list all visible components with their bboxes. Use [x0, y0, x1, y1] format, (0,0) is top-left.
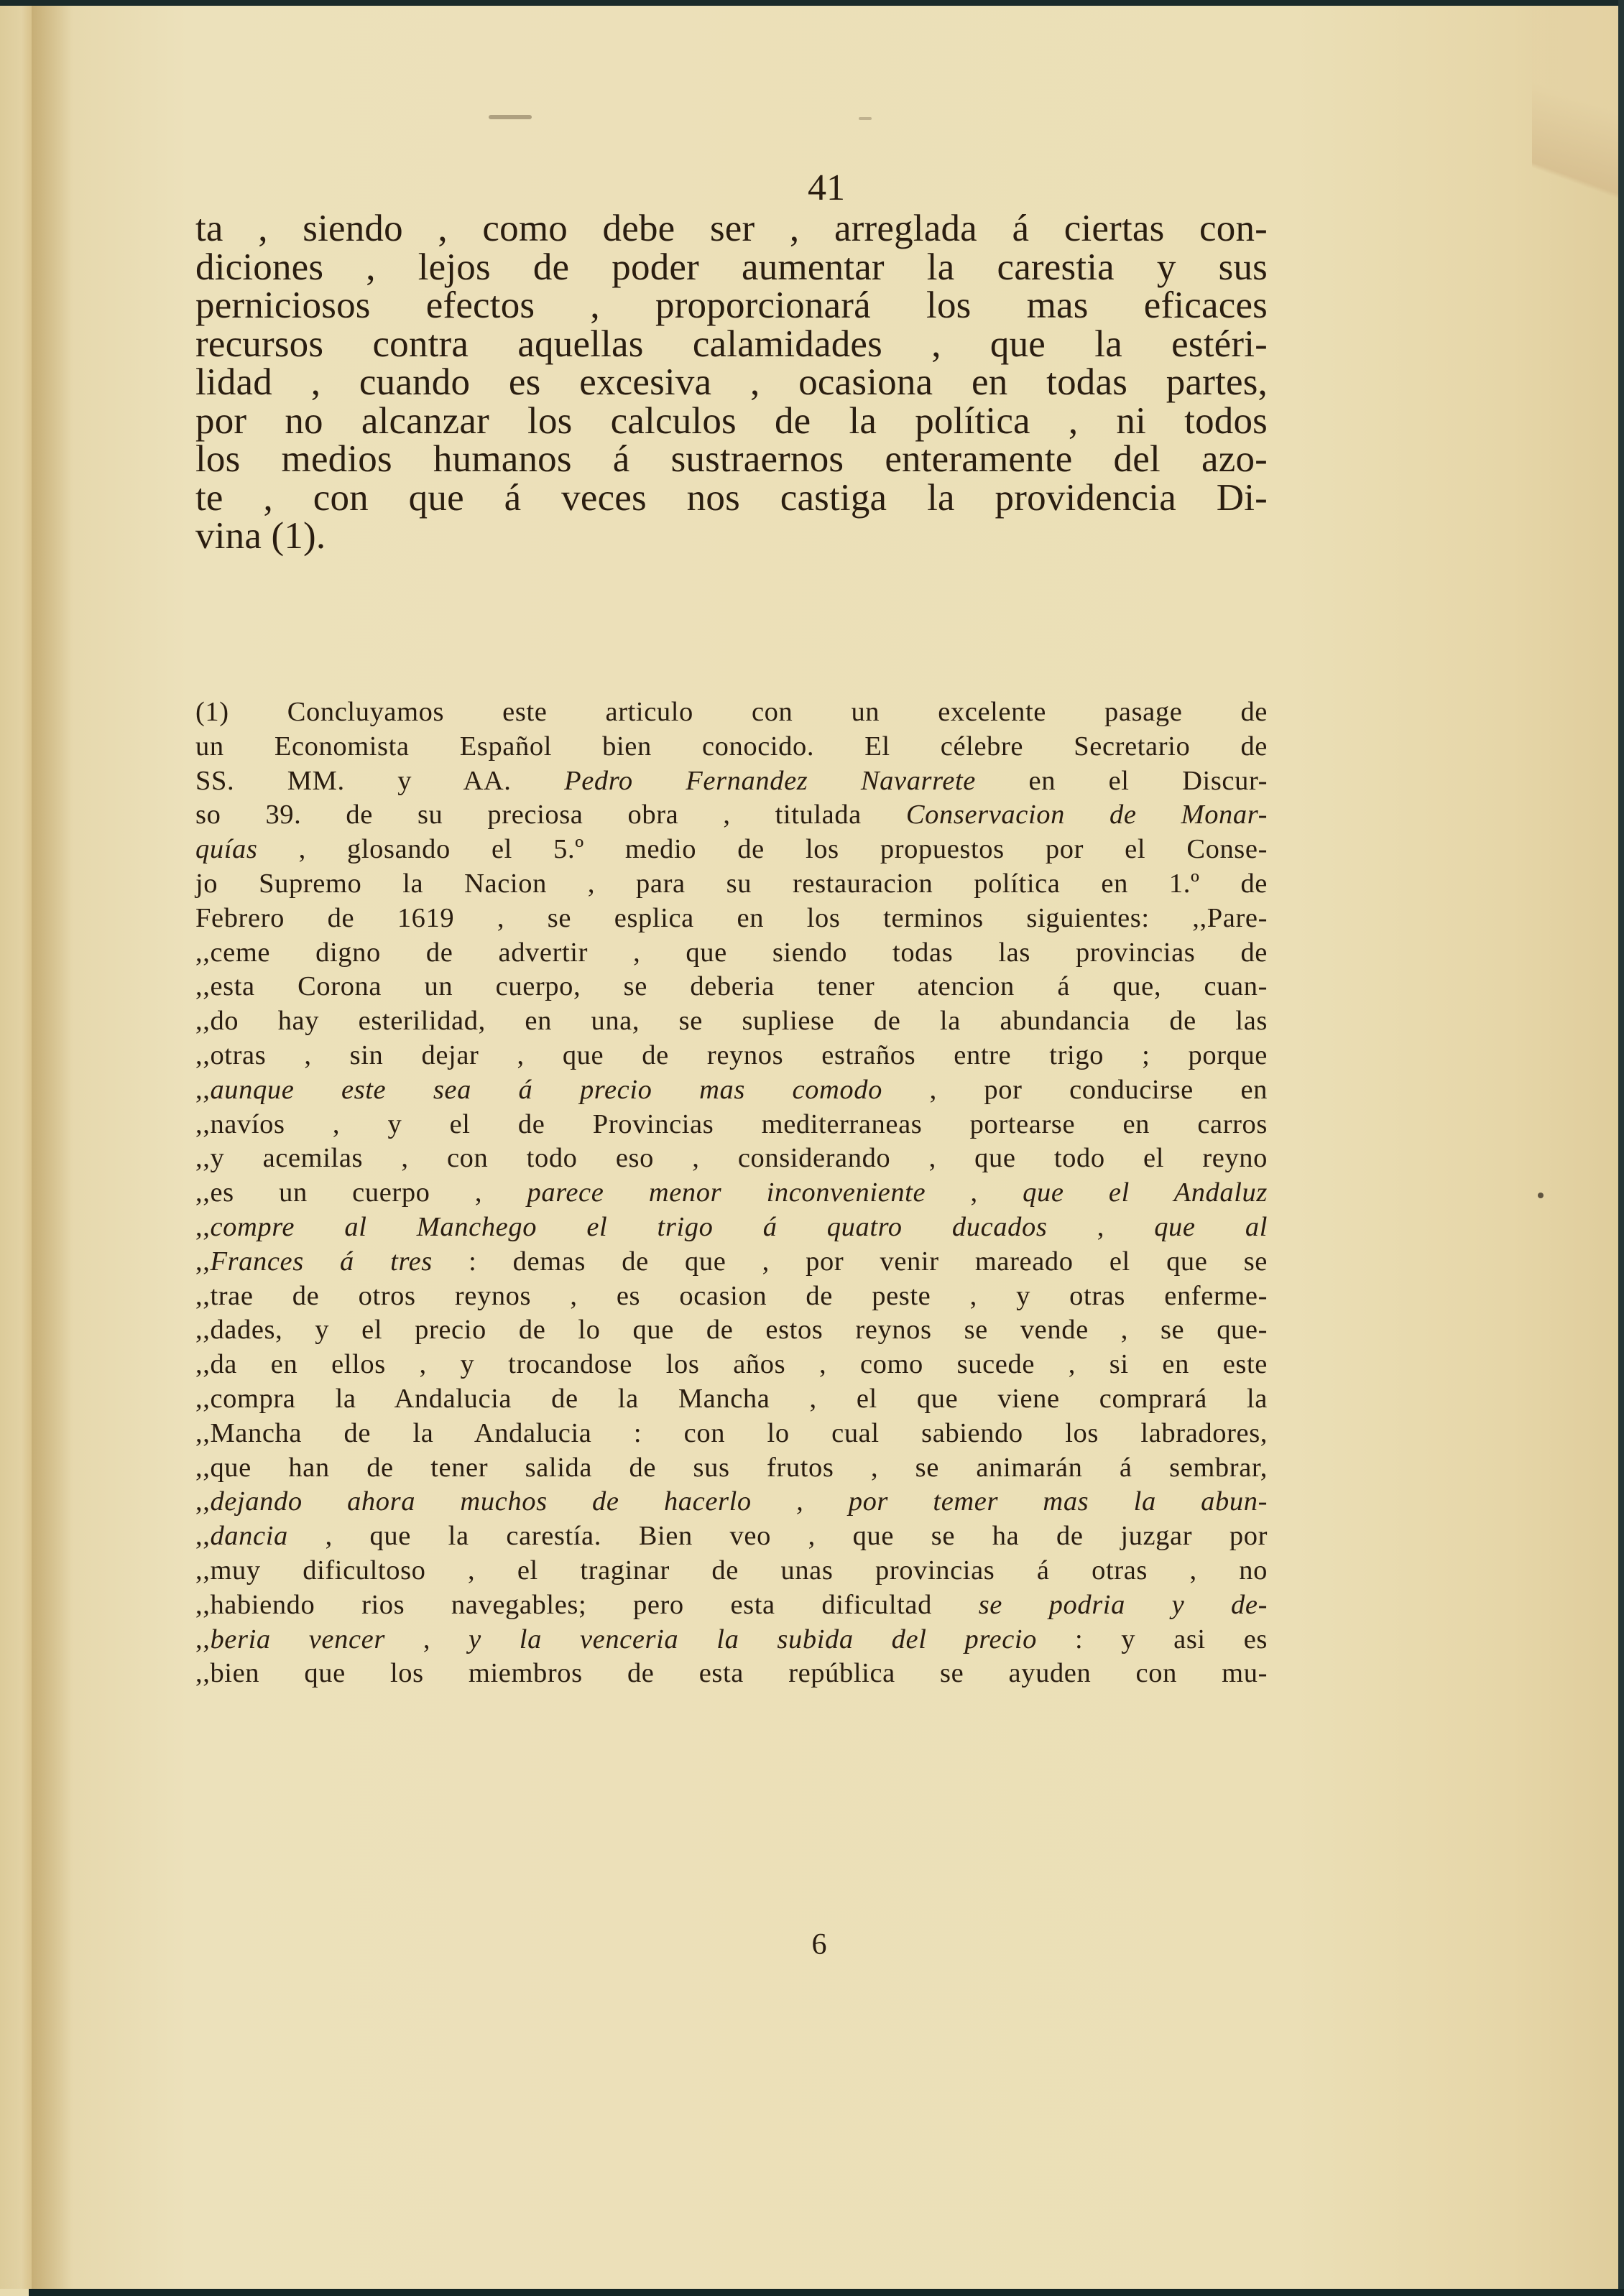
text-run: ,,do hay esterilidad, en una, se suplies… [195, 1006, 1268, 1036]
footnote: (1) Concluyamos este articulo con un exc… [195, 695, 1268, 1691]
text-run: ,, [195, 1212, 210, 1242]
text-run: ,,navíos , y el de Provincias mediterran… [195, 1109, 1268, 1139]
scan-border-top [0, 0, 1624, 6]
footnote-line: ,,compre al Manchego el trigo á quatro d… [195, 1211, 1268, 1245]
footnote-line: ,,habiendo rios navegables; pero esta di… [195, 1588, 1268, 1623]
footnote-line: so 39. de su preciosa obra , titulada Co… [195, 798, 1268, 833]
text-run: ,,que han de tener salida de sus frutos … [195, 1453, 1268, 1483]
footnote-line: ,,aunque este sea á precio mas comodo , … [195, 1073, 1268, 1108]
text-run: ,,bien que los miembros de esta repúblic… [195, 1658, 1268, 1688]
footnote-line: Febrero de 1619 , se esplica en los term… [195, 902, 1268, 936]
text-run: ,,da en ellos , y trocandose los años , … [195, 1349, 1268, 1379]
footnote-line: ,,trae de otros reynos , es ocasion de p… [195, 1279, 1268, 1314]
text-run: ,,trae de otros reynos , es ocasion de p… [195, 1281, 1268, 1311]
body-text-line: lidad , cuando es excesiva , ocasiona en… [195, 364, 1268, 402]
footnote-line: un Economista Español bien conocido. El … [195, 730, 1268, 764]
scan-border-bottom [29, 2289, 1624, 2296]
text-run: en el Discur- [976, 766, 1268, 796]
text-run: ,,ceme digno de advertir , que siendo to… [195, 938, 1268, 968]
text-run: ,,Mancha de la Andalucia : con lo cual s… [195, 1418, 1268, 1448]
text-run: Febrero de 1619 , se esplica en los term… [195, 903, 1268, 933]
text-run: SS. MM. y AA. [195, 766, 564, 796]
text-run: : demas de que , por venir mareado el qu… [433, 1246, 1268, 1277]
footnote-line: ,,bien que los miembros de esta repúblic… [195, 1657, 1268, 1691]
text-run: , glosando el 5.º medio de los propuesto… [257, 834, 1268, 864]
ink-dot [1538, 1193, 1544, 1198]
italic-text: se podria y de- [979, 1590, 1268, 1620]
ink-blemish [859, 117, 872, 120]
text-run: jo Supremo la Nacion , para su restaurac… [195, 869, 1268, 899]
italic-text: Conservacion de Monar- [906, 800, 1268, 830]
text-run: ,,habiendo rios navegables; pero esta di… [195, 1590, 979, 1620]
body-text-line: por no alcanzar los calculos de la polít… [195, 402, 1268, 441]
main-body-text: ta , siendo , como debe ser , arreglada … [195, 210, 1268, 556]
body-text-line: diciones , lejos de poder aumentar la ca… [195, 249, 1268, 287]
footnote-line: (1) Concluyamos este articulo con un exc… [195, 695, 1268, 730]
text-run: , [385, 1624, 469, 1654]
ink-blemish [489, 115, 532, 119]
text-run: ,, [195, 1075, 210, 1105]
text-run: , [926, 1177, 1023, 1208]
text-run: ,,muy dificultoso , el traginar de unas … [195, 1555, 1268, 1586]
text-run: ,,compra la Andalucia de la Mancha , el … [195, 1384, 1268, 1414]
text-run: ,,y acemilas , con todo eso , consideran… [195, 1143, 1268, 1173]
text-run: ,, [195, 1521, 210, 1551]
text-run: , [1047, 1212, 1154, 1242]
footnote-line: ,,dejando ahora muchos de hacerlo , por … [195, 1485, 1268, 1519]
footnote-line: ,,es un cuerpo , parece menor inconvenie… [195, 1176, 1268, 1211]
footnote-line: ,,que han de tener salida de sus frutos … [195, 1451, 1268, 1486]
footnote-line: quías , glosando el 5.º medio de los pro… [195, 833, 1268, 867]
text-run: ,,dades, y el precio de lo que de estos … [195, 1315, 1268, 1345]
footnote-line: SS. MM. y AA. Pedro Fernandez Navarrete … [195, 764, 1268, 799]
footnote-line: ,,y acemilas , con todo eso , consideran… [195, 1142, 1268, 1176]
italic-text: beria vencer [210, 1624, 384, 1654]
italic-text: parece menor inconveniente [527, 1177, 926, 1208]
italic-text: y la venceria la subida del precio [469, 1624, 1037, 1654]
footnote-line: jo Supremo la Nacion , para su restaurac… [195, 867, 1268, 902]
body-text-line: los medios humanos á sustraernos enteram… [195, 440, 1268, 479]
body-text-line: perniciosos efectos , proporcionará los … [195, 287, 1268, 325]
footnote-line: ,,dancia , que la carestía. Bien veo , q… [195, 1519, 1268, 1554]
text-run: ,, [195, 1246, 210, 1277]
italic-text: quías [195, 834, 257, 864]
italic-text: dejando ahora muchos de hacerlo , por te… [210, 1486, 1268, 1517]
italic-text: dancia [210, 1521, 287, 1551]
body-text-line: vina (1). [195, 517, 1268, 556]
footnote-line: ,,otras , sin dejar , que de reynos estr… [195, 1039, 1268, 1073]
text-run: ,,esta Corona un cuerpo, se deberia tene… [195, 971, 1268, 1001]
footnote-line: ,,compra la Andalucia de la Mancha , el … [195, 1382, 1268, 1417]
footnote-line: ,,Frances á tres : demas de que , por ve… [195, 1245, 1268, 1279]
footnote-line: ,,Mancha de la Andalucia : con lo cual s… [195, 1417, 1268, 1451]
text-run: , por conducirse en [882, 1075, 1268, 1105]
footnote-line: ,,esta Corona un cuerpo, se deberia tene… [195, 970, 1268, 1004]
text-run: : y asi es [1037, 1624, 1268, 1654]
italic-text: que el Andaluz [1023, 1177, 1268, 1208]
body-text-line: ta , siendo , como debe ser , arreglada … [195, 210, 1268, 249]
footnote-line: ,,beria vencer , y la venceria la subida… [195, 1623, 1268, 1657]
italic-text: Pedro Fernandez Navarrete [564, 766, 976, 796]
body-text-line: te , con que á veces nos castiga la prov… [195, 479, 1268, 518]
italic-text: que al [1154, 1212, 1268, 1242]
italic-text: aunque este sea á precio mas comodo [210, 1075, 882, 1105]
footnote-line: ,,muy dificultoso , el traginar de unas … [195, 1554, 1268, 1588]
text-run: so 39. de su preciosa obra , titulada [195, 800, 906, 830]
text-run: ,, [195, 1486, 210, 1517]
body-text-line: recursos contra aquellas calamidades , q… [195, 325, 1268, 364]
footnote-line: ,,navíos , y el de Provincias mediterran… [195, 1108, 1268, 1142]
footnote-line: ,,do hay esterilidad, en una, se suplies… [195, 1004, 1268, 1039]
italic-text: compre al Manchego el trigo á quatro duc… [210, 1212, 1047, 1242]
text-run: , que la carestía. Bien veo , que se ha … [288, 1521, 1268, 1551]
text-run: ,,es un cuerpo , [195, 1177, 527, 1208]
text-run: un Economista Español bien conocido. El … [195, 731, 1268, 762]
text-run: (1) Concluyamos este articulo con un exc… [195, 697, 1268, 727]
footnote-line: ,,dades, y el precio de lo que de estos … [195, 1313, 1268, 1348]
footnote-line: ,,ceme digno de advertir , que siendo to… [195, 936, 1268, 971]
signature-mark: 6 [0, 1927, 1624, 1963]
text-run: ,, [195, 1624, 210, 1654]
page-number: 41 [0, 167, 1624, 210]
footnote-line: ,,da en ellos , y trocandose los años , … [195, 1348, 1268, 1382]
italic-text: Frances á tres [210, 1246, 432, 1277]
text-run: ,,otras , sin dejar , que de reynos estr… [195, 1040, 1268, 1070]
